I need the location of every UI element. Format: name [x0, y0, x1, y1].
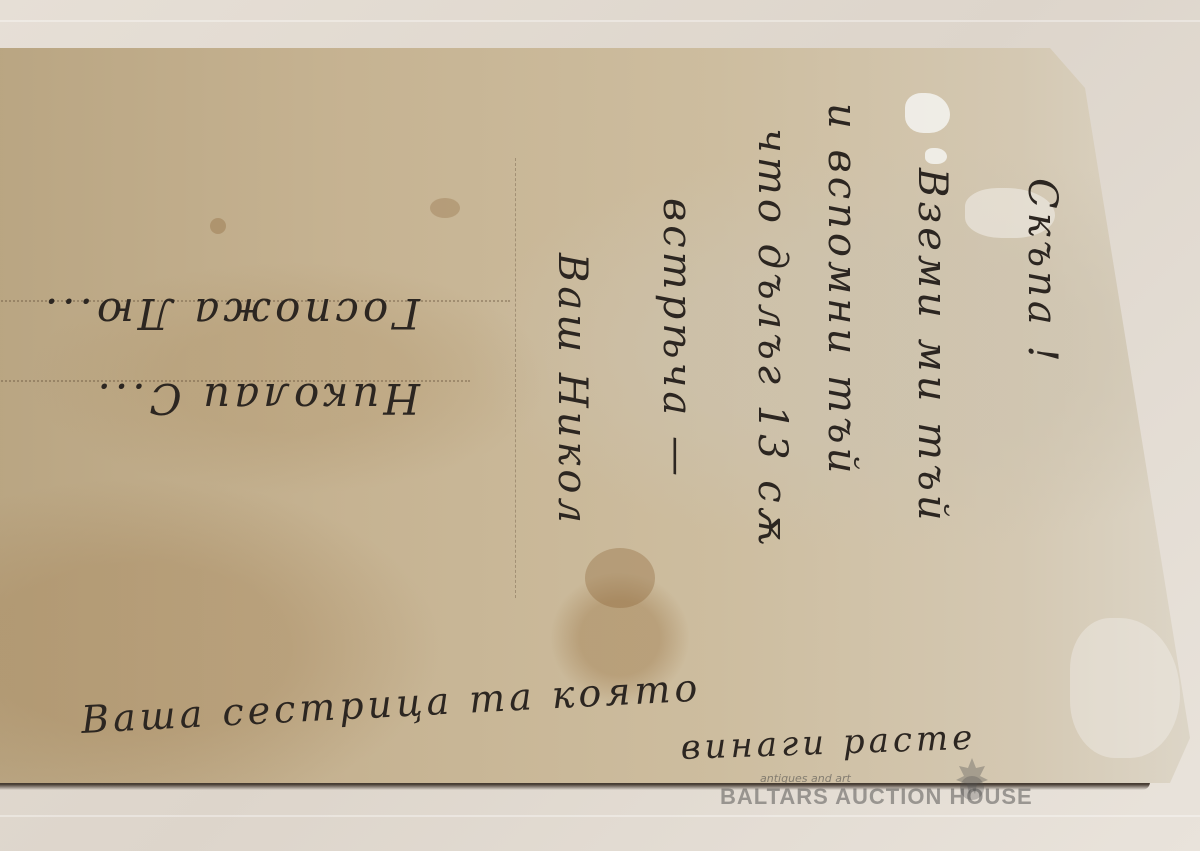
stain	[585, 548, 655, 608]
watermark: antiques and art BALTARS AUCTION HOUSE	[720, 778, 1140, 818]
stain	[210, 218, 226, 234]
watermark-title: BALTARS AUCTION HOUSE	[720, 784, 1033, 810]
handwriting-line: встрѣча —	[654, 198, 700, 480]
handwriting-signature: Ваш Никол	[549, 253, 595, 527]
paper-wear	[905, 93, 950, 133]
surface-stripe	[0, 20, 1200, 22]
stain	[430, 198, 460, 218]
handwriting-line: что дълъг 13 сѫ	[749, 128, 795, 548]
handwriting-line: и вспомни тъй	[819, 103, 865, 477]
address-text: Николаи С...	[94, 374, 420, 423]
paper-wear	[1070, 618, 1180, 758]
handwriting-bottom-line: Ваша сестрица та която	[80, 666, 702, 742]
handwriting-line: Скъпа !	[1019, 178, 1065, 366]
center-divider	[515, 158, 516, 598]
paper-wear	[925, 148, 947, 164]
postcard: Скъпа ! Вземи ми тъй и вспомни тъй что д…	[0, 48, 1200, 783]
handwriting-line: Вземи ми тъй	[909, 168, 955, 525]
handwriting-bottom-line-2: винаги расте	[680, 718, 977, 768]
address-text: Госпожа Лю...	[41, 289, 420, 338]
